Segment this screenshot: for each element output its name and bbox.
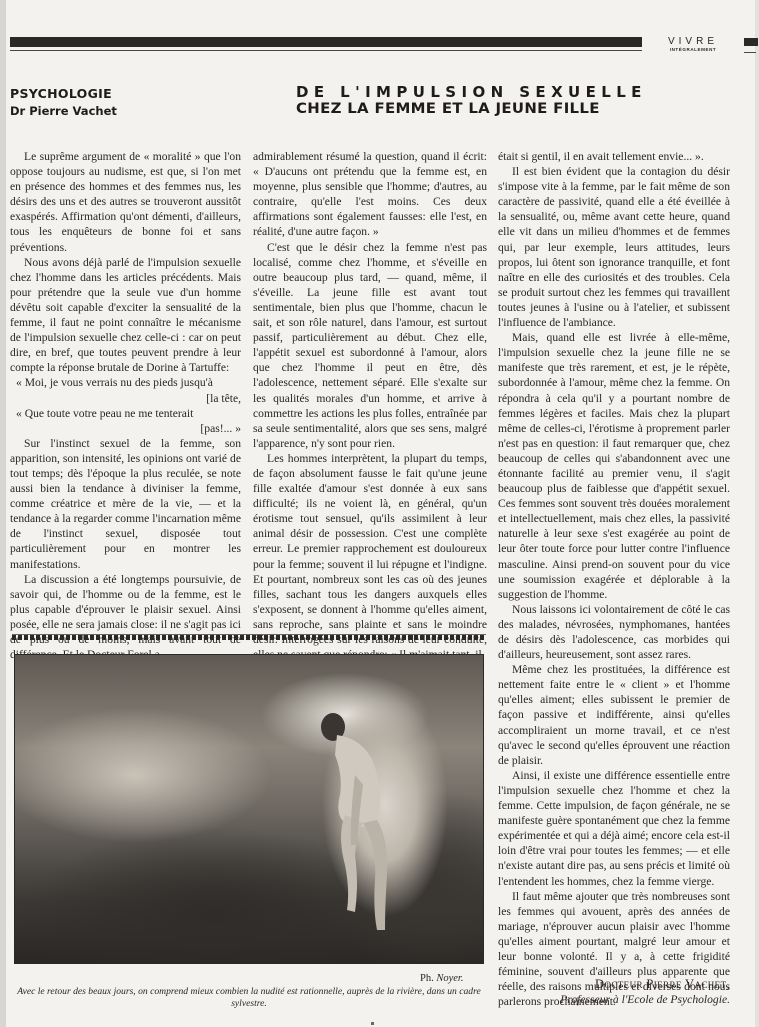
author-byline: Dr Pierre Vachet: [10, 104, 117, 118]
verse-line-continuation: [la tête,: [10, 391, 241, 406]
article-photograph: [14, 654, 484, 964]
signature-title: Professeur à l'Ecole de Psychologie.: [498, 992, 730, 1007]
paragraph: La discussion a été longtemps poursuivie…: [10, 572, 241, 663]
page-edge-right: [755, 0, 759, 1027]
article-column-1: Le suprême argument de « moralité » que …: [10, 149, 241, 662]
paragraph: Même chez les prostituées, la différence…: [498, 662, 730, 768]
photo-credit: Ph. Noyer.: [420, 973, 463, 984]
paragraph: Il est bien évident que la contagion du …: [498, 164, 730, 330]
verse-line-continuation: [pas!... »: [10, 421, 241, 436]
masthead-rule: [10, 50, 642, 51]
photo-caption: Avec le retour des beaux jours, on compr…: [14, 986, 484, 1010]
dotted-divider: [12, 634, 486, 640]
paragraph: Nous avons déjà parlé de l'impulsion sex…: [10, 255, 241, 376]
brand-dash-ornament: [744, 52, 756, 53]
photo-figure-silhouette: [315, 705, 395, 945]
paragraph: admirablement résumé la question, quand …: [253, 149, 487, 240]
brand-subtitle: INTÉGRALEMENT: [648, 47, 738, 53]
paragraph: Nous laissons ici volontairement de côté…: [498, 602, 730, 662]
paragraph: Sur l'instinct sexuel de la femme, son a…: [10, 436, 241, 572]
paragraph: était si gentil, il en avait tellement e…: [498, 149, 730, 164]
article-column-2: admirablement résumé la question, quand …: [253, 149, 487, 662]
section-rubric: PSYCHOLOGIE: [10, 86, 112, 101]
magazine-brand: VIVRE INTÉGRALEMENT: [648, 36, 738, 53]
paragraph: C'est que le désir chez la femme n'est p…: [253, 240, 487, 451]
paragraph: Le suprême argument de « moralité » que …: [10, 149, 241, 255]
article-headline: DE L'IMPULSION SEXUELLE CHEZ LA FEMME ET…: [296, 84, 728, 118]
paragraph: Ainsi, il existe une différence essentie…: [498, 768, 730, 889]
headline-line-1: DE L'IMPULSION SEXUELLE: [296, 84, 728, 101]
brand-title: VIVRE: [648, 36, 738, 47]
brand-block-ornament: [744, 38, 758, 46]
masthead-bar: [10, 37, 642, 47]
verse-line: « Moi, je vous verrais nu des pieds jusq…: [10, 375, 241, 390]
article-column-3: était si gentil, il en avait tellement e…: [498, 149, 730, 1009]
photo-credit-prefix: Ph.: [420, 973, 434, 984]
article-signature: Docteur Pierre Vachet, Professeur à l'Ec…: [498, 976, 730, 1007]
signature-name: Docteur Pierre Vachet,: [498, 976, 730, 992]
headline-line-2: CHEZ LA FEMME ET LA JEUNE FILLE: [296, 101, 741, 118]
paragraph: Mais, quand elle est livrée à elle-même,…: [498, 330, 730, 602]
page-edge-shadow: [0, 0, 6, 1027]
photo-credit-name: Noyer.: [436, 973, 463, 984]
verse-line: « Que toute votre peau ne me tenterait: [10, 406, 241, 421]
page-mark: [371, 1022, 374, 1025]
paragraph: Les hommes interprètent, la plupart du t…: [253, 451, 487, 662]
